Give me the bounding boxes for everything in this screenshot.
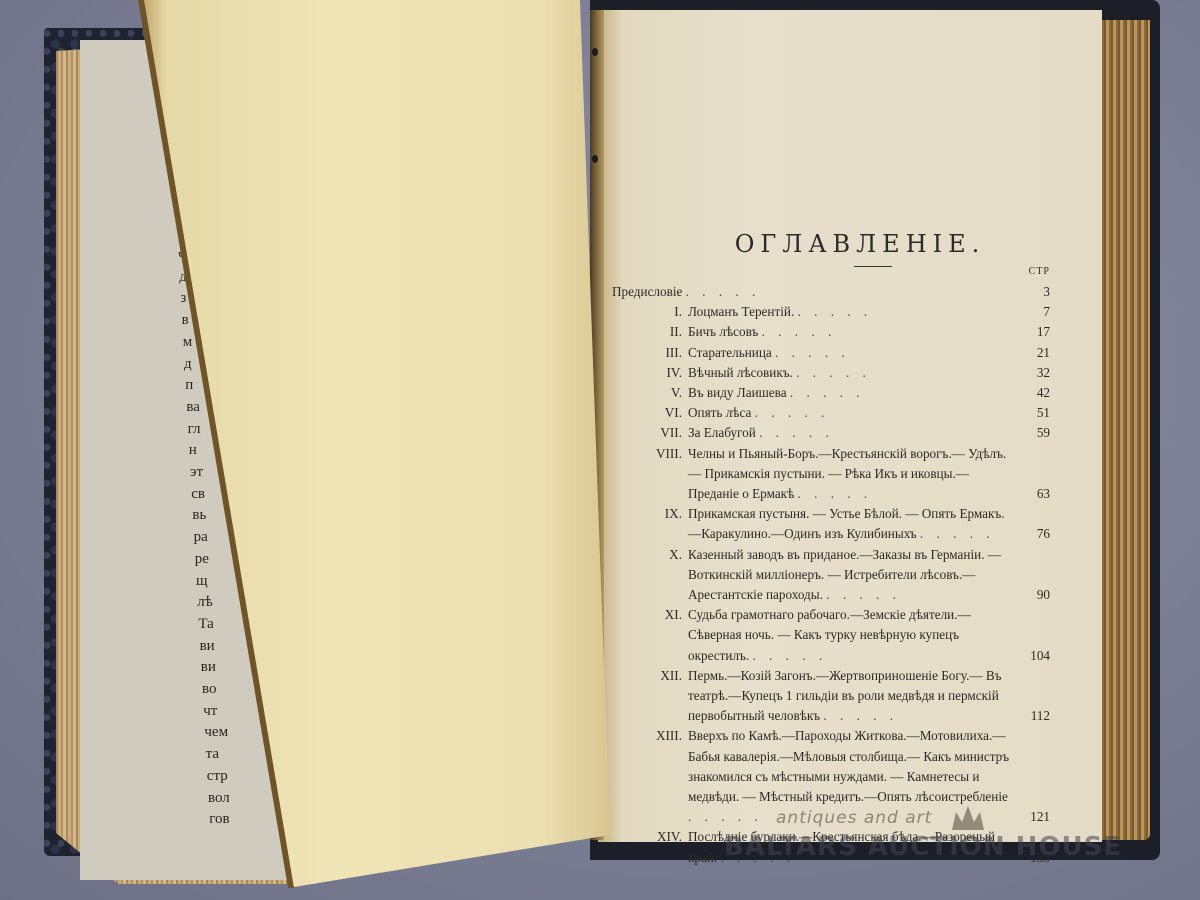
crown-icon <box>950 804 986 834</box>
left-page-fragment: чем <box>204 722 258 744</box>
chapter-title: Предисловіе . . . . . <box>612 282 1016 302</box>
chapter-title: Въ виду Лаишева . . . . . <box>688 383 1016 403</box>
chapter-title: Вѣчный лѣсовикъ. . . . . . <box>688 363 1016 383</box>
chapter-number: V. <box>610 383 688 403</box>
page-number: 21 <box>1016 343 1050 363</box>
binding-stitch <box>592 155 598 163</box>
chapter-title: За Елабугой . . . . . <box>688 423 1016 443</box>
chapter-number: IX. <box>610 504 688 544</box>
chapter-number: X. <box>610 545 688 606</box>
chapter-number: I. <box>610 302 688 322</box>
toc-entry: I.Лоцманъ Терентій. . . . . .7 <box>610 302 1050 322</box>
page-number: 32 <box>1016 363 1050 383</box>
toc-entry: VII.За Елабугой . . . . .59 <box>610 423 1050 443</box>
chapter-number: XIV. <box>610 827 688 867</box>
left-page-fragment: чт <box>203 701 258 723</box>
chapter-title: Прикамская пустыня. — Устье Бѣлой. — Опя… <box>688 504 1016 544</box>
left-page-fragment: та <box>206 744 258 766</box>
page-number: 3 <box>1016 282 1050 302</box>
toc-entries: Предисловіе . . . . .3I.Лоцманъ Терентій… <box>610 282 1050 868</box>
chapter-title: Челны и Пьяный-Боръ.—Крестьянскій ворогъ… <box>688 444 1016 505</box>
chapter-number: VII. <box>610 423 688 443</box>
chapter-title: Опять лѣса . . . . . <box>688 403 1016 423</box>
chapter-title: Судьба грамотнаго рабочаго.—Земскіе дѣят… <box>688 605 1016 666</box>
toc-entry: IX.Прикамская пустыня. — Устье Бѣлой. — … <box>610 504 1050 544</box>
chapter-title: Лоцманъ Терентій. . . . . . <box>688 302 1016 322</box>
toc-entry: XII.Пермь.—Козій Загонъ.—Жертвоприношені… <box>610 666 1050 727</box>
toc-entry: XI.Судьба грамотнаго рабочаго.—Земскіе д… <box>610 605 1050 666</box>
page-number: 42 <box>1016 383 1050 403</box>
chapter-title: Старательница . . . . . <box>688 343 1016 363</box>
page-number: 7 <box>1016 302 1050 322</box>
page-number: 59 <box>1016 423 1050 443</box>
toc-entry: III.Старательница . . . . .21 <box>610 343 1050 363</box>
page-column-header: СТР <box>1029 266 1050 277</box>
page-number: 112 <box>1016 706 1050 726</box>
toc-entry: IV.Вѣчный лѣсовикъ. . . . . .32 <box>610 363 1050 383</box>
watermark-name: BALTARS AUCTION HOUSE <box>724 832 1122 862</box>
chapter-number: IV. <box>610 363 688 383</box>
chapter-number: VI. <box>610 403 688 423</box>
toc-title: ОГЛАВЛЕНІЕ. <box>670 230 1050 258</box>
chapter-title: Бичъ лѣсовъ . . . . . <box>688 322 1016 342</box>
page-number: 51 <box>1016 403 1050 423</box>
toc-entry: V.Въ виду Лаишева . . . . .42 <box>610 383 1050 403</box>
toc-entry: Предисловіе . . . . .3 <box>610 282 1050 302</box>
page-number: 104 <box>1016 646 1050 666</box>
chapter-number: XII. <box>610 666 688 727</box>
chapter-title: Казенный заводъ въ приданое.—Заказы въ Г… <box>688 545 1016 606</box>
left-page-fragment: стр <box>207 766 258 788</box>
chapter-number: II. <box>610 322 688 342</box>
toc-entry: II.Бичъ лѣсовъ . . . . .17 <box>610 322 1050 342</box>
chapter-number: VIII. <box>610 444 688 505</box>
left-page-fragment: ви <box>201 657 258 679</box>
toc-entry: VI.Опять лѣса . . . . .51 <box>610 403 1050 423</box>
table-of-contents: ОГЛАВЛЕНІЕ. СТР Предисловіе . . . . .3I.… <box>610 230 1050 267</box>
chapter-title: Пермь.—Козій Загонъ.—Жертвоприношеніе Бо… <box>688 666 1016 727</box>
chapter-number: XIII. <box>610 726 688 827</box>
page-number: 63 <box>1016 484 1050 504</box>
page-number: 76 <box>1016 524 1050 544</box>
left-page-fragment: вол <box>208 788 258 810</box>
chapter-number: III. <box>610 343 688 363</box>
toc-entry: X.Казенный заводъ въ приданое.—Заказы въ… <box>610 545 1050 606</box>
watermark-tagline: antiques and art <box>776 808 932 828</box>
page-number: 121 <box>1016 807 1050 827</box>
title-rule <box>854 266 892 267</box>
page-number: 17 <box>1016 322 1050 342</box>
left-page-fragment: во <box>202 679 258 701</box>
toc-entry: VIII.Челны и Пьяный-Боръ.—Крестьянскій в… <box>610 444 1050 505</box>
binding-stitch <box>592 48 598 56</box>
chapter-number: XI. <box>610 605 688 666</box>
left-page-fragment: гов <box>209 809 258 831</box>
page-number: 90 <box>1016 585 1050 605</box>
